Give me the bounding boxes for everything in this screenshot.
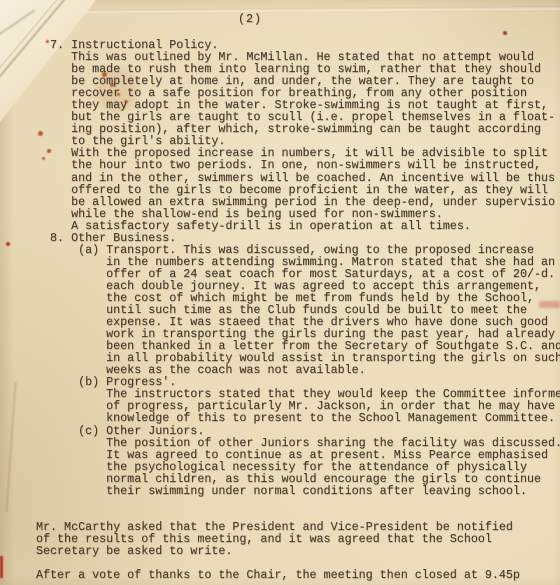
scanned-document-page: (2) 7. Instructional Policy. This was ou… (0, 0, 560, 585)
red-mark (503, 31, 507, 35)
document-text: 7. Instructional Policy. This was outlin… (0, 39, 560, 581)
page-number: (2) (238, 12, 262, 26)
